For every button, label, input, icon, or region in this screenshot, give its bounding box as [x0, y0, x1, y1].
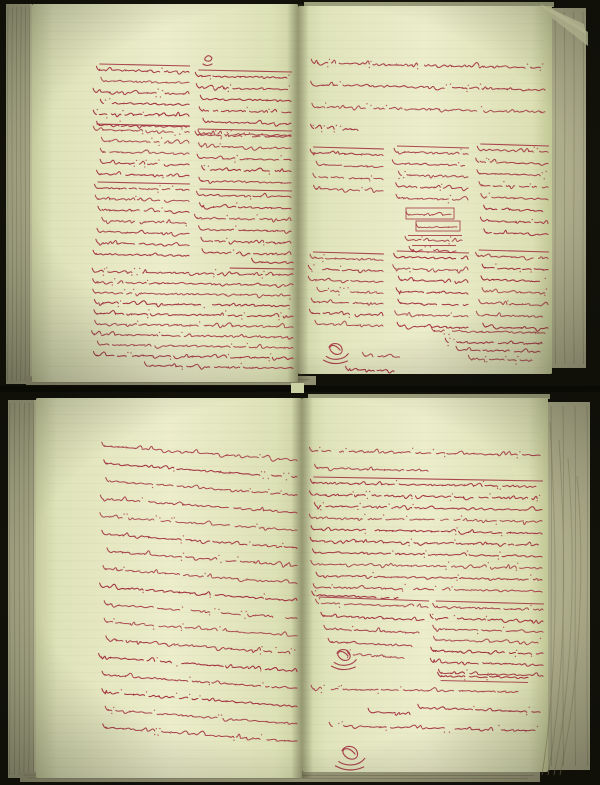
manuscript-photo-collage [0, 0, 600, 785]
top-spread-svg [0, 0, 600, 386]
bottom-spread-svg [0, 392, 600, 785]
photo-vignette [0, 392, 600, 785]
top-spread-photo [0, 0, 600, 386]
page-gap-notch [291, 383, 304, 393]
photo-vignette [0, 0, 600, 386]
bottom-spread-photo [0, 392, 600, 785]
